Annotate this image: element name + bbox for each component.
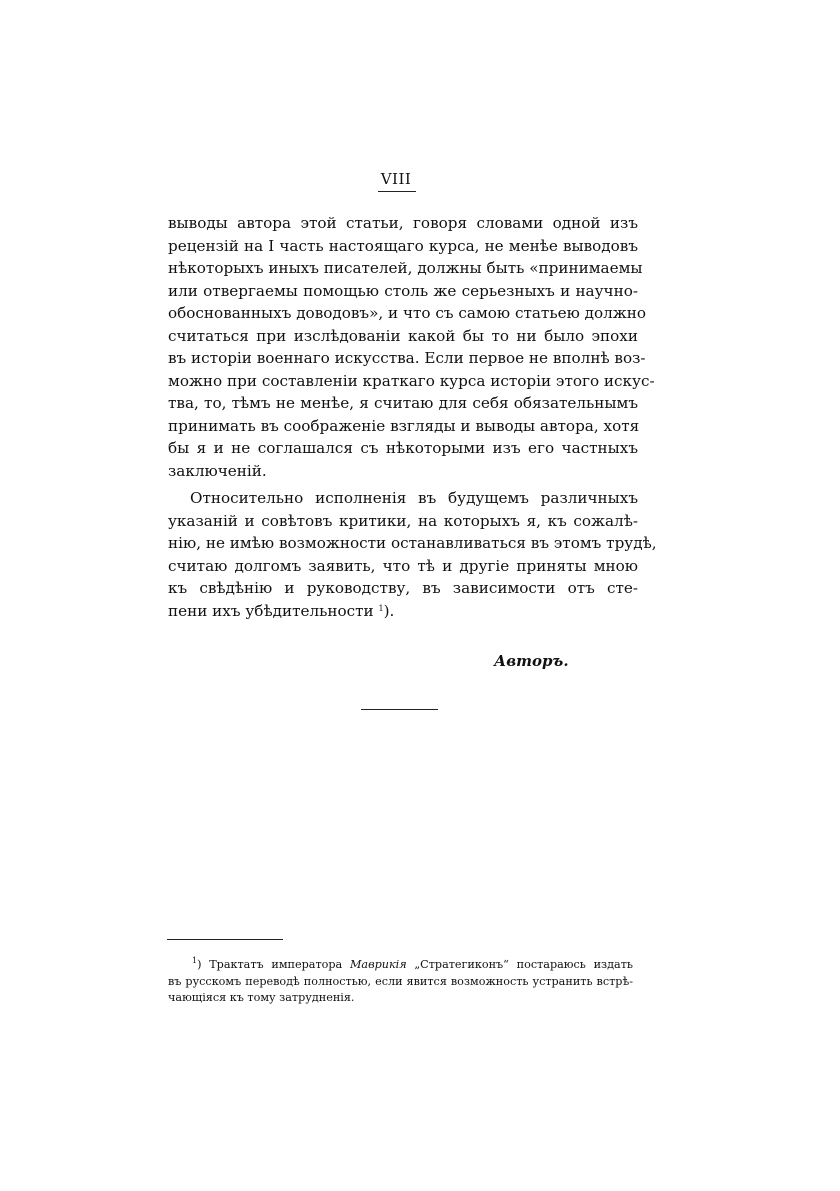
text-line: въ исторіи военнаго искусства. Если перв…: [168, 347, 638, 370]
page-number: VIII: [372, 170, 420, 188]
footnote-line: 1) Трактатъ императора Маврикія „Стратег…: [168, 957, 633, 974]
paragraph-2: Относительно исполненія въ будущемъ разл…: [168, 487, 638, 622]
text-fragment: „Стратегиконъ“ постараюсь издать: [407, 958, 633, 971]
text-line: указаній и совѣтовъ критики, на которыхъ…: [168, 510, 638, 533]
text-line: нію, не имѣю возможности останавливаться…: [168, 532, 638, 555]
footnote-divider: [167, 939, 283, 940]
body-text: выводы автора этой статьи, говоря словам…: [168, 212, 638, 622]
text-line: считаю долгомъ заявить, что тѣ и другіе …: [168, 555, 638, 578]
text-line: къ свѣдѣнію и руководству, въ зависимост…: [168, 577, 638, 600]
author-signature: Авторъ.: [494, 652, 569, 670]
text-line: можно при составленіи краткаго курса ист…: [168, 370, 638, 393]
text-line: считаться при изслѣдованіи какой бы то н…: [168, 325, 638, 348]
text-line: обоснованныхъ доводовъ», и что съ самою …: [168, 302, 638, 325]
section-divider: [361, 709, 438, 710]
book-page: VIII выводы автора этой статьи, говоря с…: [0, 0, 840, 1191]
text-fragment: пени ихъ убѣдительности: [168, 602, 374, 620]
text-fragment: ).: [384, 602, 395, 620]
text-line: пени ихъ убѣдительности 1).: [168, 600, 638, 623]
text-line: или отвергаемы помощью столь же серьезны…: [168, 280, 638, 303]
text-fragment: ) Трактатъ императора: [197, 958, 350, 971]
text-line: бы я и не соглашался съ нѣкоторыми изъ е…: [168, 437, 638, 460]
italic-name: Маврикія: [350, 958, 407, 971]
text-line: нѣкоторыхъ иныхъ писателей, должны быть …: [168, 257, 638, 280]
footnote: 1) Трактатъ императора Маврикія „Стратег…: [168, 957, 633, 1007]
text-line: принимать въ соображеніе взгляды и вывод…: [168, 415, 638, 438]
text-line: выводы автора этой статьи, говоря словам…: [168, 212, 638, 235]
page-number-underline: [378, 191, 416, 192]
footnote-line: чающіяся къ тому затрудненія.: [168, 990, 633, 1007]
paragraph-1: выводы автора этой статьи, говоря словам…: [168, 212, 638, 482]
text-line: рецензій на I часть настоящаго курса, не…: [168, 235, 638, 258]
text-line: тва, то, тѣмъ не менѣе, я считаю для себ…: [168, 392, 638, 415]
text-line: Относительно исполненія въ будущемъ разл…: [168, 487, 638, 510]
text-line: заключеній.: [168, 460, 638, 483]
footnote-line: въ русскомъ переводѣ полностью, если яви…: [168, 974, 633, 991]
